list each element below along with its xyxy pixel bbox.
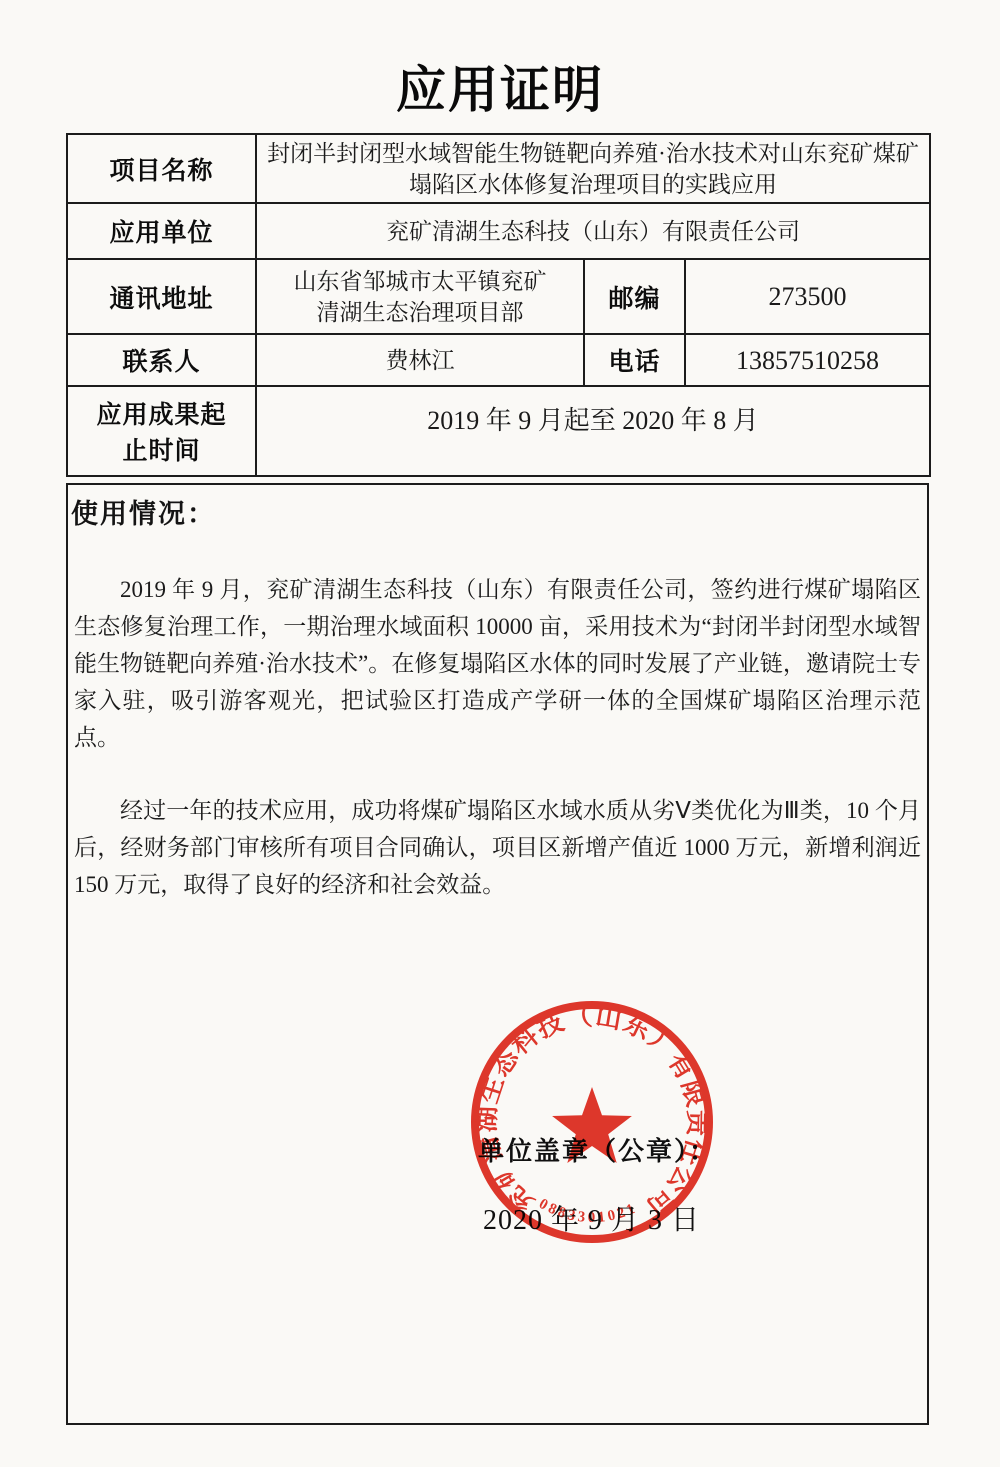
page-title: 应用证明 [0,50,1000,122]
info-table: 项目名称 封闭半封闭型水域智能生物链靶向养殖·治水技术对山东兖矿煤矿塌陷区水体修… [66,133,931,477]
project-name-label: 项目名称 [67,134,256,203]
document-page: 应用证明 项目名称 封闭半封闭型水域智能生物链靶向养殖·治水技术对山东兖矿煤矿塌… [0,0,1000,1467]
star-icon [552,1087,632,1163]
postcode-label: 邮编 [584,259,685,334]
address-value: 山东省邹城市太平镇兖矿清湖生态治理项目部 [256,259,584,334]
period-label: 应用成果起止时间 [67,386,256,476]
table-row: 应用成果起止时间 2019 年 9 月起至 2020 年 8 月 [67,386,930,476]
seal-serial-number: 0883301021 [536,1196,640,1226]
table-row: 应用单位 兖矿清湖生态科技（山东）有限责任公司 [67,203,930,259]
postcode-value: 273500 [685,259,930,334]
usage-heading: 使用情况： [71,492,927,531]
table-row: 项目名称 封闭半封闭型水域智能生物链靶向养殖·治水技术对山东兖矿煤矿塌陷区水体修… [67,134,930,203]
table-row: 通讯地址 山东省邹城市太平镇兖矿清湖生态治理项目部 邮编 273500 [67,259,930,334]
contact-value: 费林江 [256,334,584,386]
usage-section: 使用情况： 2019 年 9 月，兖矿清湖生态科技（山东）有限责任公司，签约进行… [66,483,929,1425]
official-seal: 兖矿清湖生态科技（山东）有限责任公司 0883301021 [467,997,717,1247]
project-name-value: 封闭半封闭型水域智能生物链靶向养殖·治水技术对山东兖矿煤矿塌陷区水体修复治理项目… [256,134,930,203]
usage-paragraph-2: 经过一年的技术应用，成功将煤矿塌陷区水域水质从劣Ⅴ类优化为Ⅲ类，10 个月后，经… [74,792,921,903]
usage-paragraph-1: 2019 年 9 月，兖矿清湖生态科技（山东）有限责任公司，签约进行煤矿塌陷区生… [74,571,921,756]
period-value: 2019 年 9 月起至 2020 年 8 月 [256,386,930,476]
applying-unit-label: 应用单位 [67,203,256,259]
table-row: 联系人 费林江 电话 13857510258 [67,334,930,386]
phone-value: 13857510258 [685,334,930,386]
phone-label: 电话 [584,334,685,386]
contact-label: 联系人 [67,334,256,386]
address-label: 通讯地址 [67,259,256,334]
applying-unit-value: 兖矿清湖生态科技（山东）有限责任公司 [256,203,930,259]
